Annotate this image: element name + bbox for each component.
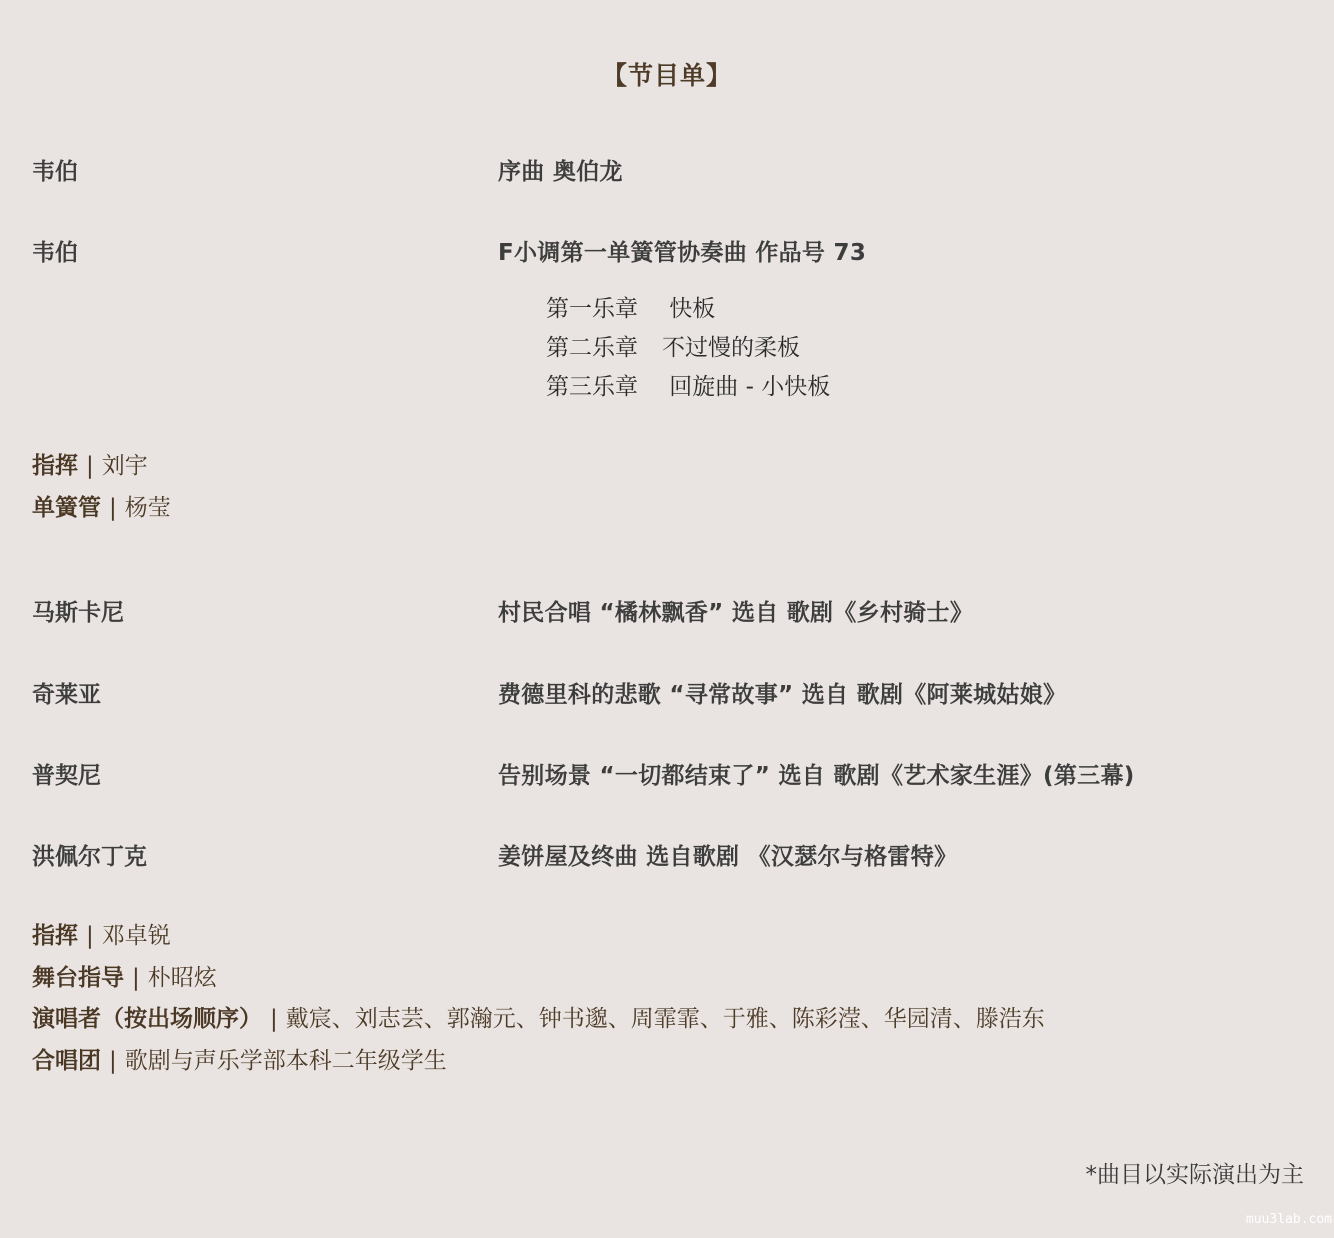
movement-tempo: 快板 xyxy=(662,296,715,322)
movement-number: 第二乐章 xyxy=(546,331,662,365)
work-title: F小调第一单簧管协奏曲 作品号 73 xyxy=(498,234,866,267)
movement-number: 第三乐章 xyxy=(546,370,662,404)
credits-block-1: 指挥|刘宇 单簧管|杨莹 xyxy=(32,449,171,533)
credit-line: 合唱团|歌剧与声乐学部本科二年级学生 xyxy=(32,1044,1045,1086)
movement-item: 第一乐章 快板 xyxy=(546,292,830,331)
credit-line: 舞台指导|朴昭炫 xyxy=(32,961,1045,1003)
program-row: 韦伯 序曲 奥伯龙 xyxy=(32,153,1312,187)
credit-role: 指挥 xyxy=(32,923,78,949)
separator: | xyxy=(109,491,117,525)
program-row: 普契尼 告别场景 “一切都结束了” 选自 歌剧《艺术家生涯》(第三幕) xyxy=(32,757,1312,791)
composer-name: 普契尼 xyxy=(32,757,101,790)
credit-names: 杨莹 xyxy=(125,495,171,521)
work-title: 姜饼屋及终曲 选自歌剧 《汉瑟尔与格雷特》 xyxy=(498,838,957,871)
credit-names: 邓卓锐 xyxy=(102,923,171,949)
credits-block-2: 指挥|邓卓锐 舞台指导|朴昭炫 演唱者（按出场顺序）|戴宸、刘志芸、郭瀚元、钟书… xyxy=(32,919,1045,1085)
program-row: 马斯卡尼 村民合唱 “橘林飘香” 选自 歌剧《乡村骑士》 xyxy=(32,594,1312,628)
watermark: muu3lab.com xyxy=(1246,1212,1332,1227)
movement-tempo: 回旋曲 - 小快板 xyxy=(662,374,830,400)
movement-list: 第一乐章 快板 第二乐章不过慢的柔板 第三乐章 回旋曲 - 小快板 xyxy=(546,292,830,409)
program-title: 【节目单】 xyxy=(0,56,1334,92)
work-title: 费德里科的悲歌 “寻常故事” 选自 歌剧《阿莱城姑娘》 xyxy=(498,676,1066,709)
composer-name: 洪佩尔丁克 xyxy=(32,838,147,871)
credit-role: 合唱团 xyxy=(32,1048,101,1074)
movement-tempo: 不过慢的柔板 xyxy=(662,335,800,361)
work-title: 序曲 奥伯龙 xyxy=(498,153,623,186)
composer-name: 韦伯 xyxy=(32,234,78,267)
credit-names: 朴昭炫 xyxy=(148,965,217,991)
footnote: *曲目以实际演出为主 xyxy=(1086,1156,1305,1189)
separator: | xyxy=(132,961,140,995)
separator: | xyxy=(86,449,94,483)
credit-line: 单簧管|杨莹 xyxy=(32,491,171,533)
credit-names: 歌剧与声乐学部本科二年级学生 xyxy=(125,1048,447,1074)
program-row: 洪佩尔丁克 姜饼屋及终曲 选自歌剧 《汉瑟尔与格雷特》 xyxy=(32,838,1312,872)
work-title: 告别场景 “一切都结束了” 选自 歌剧《艺术家生涯》(第三幕) xyxy=(498,757,1135,790)
separator: | xyxy=(109,1044,117,1078)
program-row: 奇莱亚 费德里科的悲歌 “寻常故事” 选自 歌剧《阿莱城姑娘》 xyxy=(32,676,1312,710)
movement-item: 第三乐章 回旋曲 - 小快板 xyxy=(546,370,830,409)
movement-number: 第一乐章 xyxy=(546,292,662,326)
composer-name: 马斯卡尼 xyxy=(32,594,124,627)
credit-role: 舞台指导 xyxy=(32,965,124,991)
credit-line: 指挥|邓卓锐 xyxy=(32,919,1045,961)
separator: | xyxy=(270,1002,278,1036)
separator: | xyxy=(86,919,94,953)
credit-line: 指挥|刘宇 xyxy=(32,449,171,491)
credit-role: 演唱者（按出场顺序） xyxy=(32,1006,262,1032)
movement-item: 第二乐章不过慢的柔板 xyxy=(546,331,830,370)
credit-names: 刘宇 xyxy=(102,453,148,479)
credit-names: 戴宸、刘志芸、郭瀚元、钟书邈、周霏霏、于雅、陈彩滢、华园清、滕浩东 xyxy=(286,1006,1045,1032)
composer-name: 韦伯 xyxy=(32,153,78,186)
credit-role: 单簧管 xyxy=(32,495,101,521)
program-row: 韦伯 F小调第一单簧管协奏曲 作品号 73 xyxy=(32,234,1312,268)
composer-name: 奇莱亚 xyxy=(32,676,101,709)
credit-role: 指挥 xyxy=(32,453,78,479)
work-title: 村民合唱 “橘林飘香” 选自 歌剧《乡村骑士》 xyxy=(498,594,973,627)
credit-line: 演唱者（按出场顺序）|戴宸、刘志芸、郭瀚元、钟书邈、周霏霏、于雅、陈彩滢、华园清… xyxy=(32,1002,1045,1044)
